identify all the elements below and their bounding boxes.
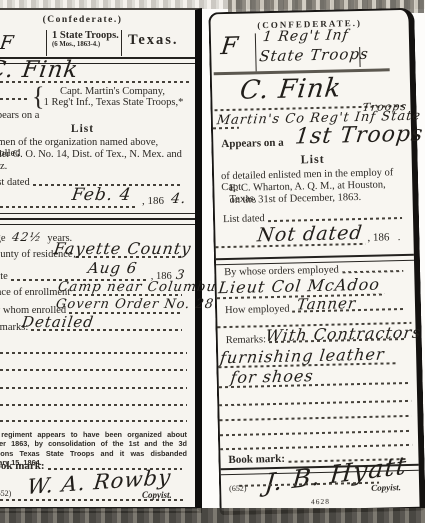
left-list-heading: List — [0, 123, 195, 135]
left-age-label: Age — [0, 233, 6, 244]
dotted-rule — [0, 420, 187, 422]
right-employed-label: How employed — [225, 304, 290, 316]
dotted-rule — [213, 127, 239, 130]
left-desc-line2: under G. O. No. 14, Dist. of Tex., N. Me… — [0, 149, 187, 160]
left-date-value: Aug 6 — [87, 259, 139, 277]
right-remarks-line1: With Contractors — [265, 323, 423, 346]
left-county-value: Fayette County — [53, 239, 193, 258]
dotted-rule — [0, 387, 187, 389]
left-date-label: Date — [0, 271, 8, 282]
right-list-heading: List — [214, 150, 412, 169]
right-appears-on: Appears on a — [221, 137, 284, 150]
dotted-leader — [342, 270, 403, 273]
left-list-dated-digit: 4. — [170, 191, 188, 207]
left-plate-number: (652) — [0, 489, 11, 498]
left-card-header: (Confederate.) — [0, 15, 195, 25]
dotted-rule — [219, 400, 411, 406]
right-employed-value: Tanner — [296, 294, 357, 313]
divider-bar — [46, 30, 47, 56]
left-list-dated-year: , 186 — [142, 195, 164, 207]
dotted-rule — [220, 444, 412, 450]
left-company-line1: Capt. Martin's Company, — [42, 86, 183, 97]
left-soldier-name: C. Fink — [0, 57, 80, 83]
right-file-mark: F — [219, 32, 240, 60]
right-unit-line2: State Troops — [258, 45, 370, 66]
dotted-rule — [0, 499, 183, 501]
right-company-superscript: Troops — [362, 100, 408, 114]
dotted-rule — [0, 369, 187, 371]
rule — [0, 213, 195, 214]
right-list-dated-year: , 186 . — [367, 231, 400, 244]
dotted-rule — [0, 352, 187, 354]
rule — [0, 218, 195, 225]
scan-noise-bottom — [0, 508, 425, 523]
left-state-label: Texas. — [128, 32, 179, 49]
scanned-document: (Confederate.) F 1 State Troops. (6 Mos.… — [0, 0, 425, 523]
left-remarks-value: Detailed — [21, 313, 95, 331]
dotted-rule — [0, 98, 28, 100]
right-unit-line1: 1 Reg't Inf — [262, 27, 350, 45]
dotted-leader — [268, 217, 402, 222]
left-appears-on: Appears on a — [0, 110, 39, 121]
right-plate-number: (652) — [229, 484, 247, 493]
left-age-value: 42½ — [11, 230, 43, 244]
left-company-line2: 1 Reg't Inf., Texas State Troops,* — [42, 97, 185, 108]
left-list-dated-label: List dated — [0, 177, 30, 188]
left-place-value: Camp near Columbus — [57, 279, 225, 295]
left-unit-line2: (6 Mos., 1863-4.) — [52, 41, 119, 48]
left-unit-line1: 1 State Troops. — [52, 30, 119, 41]
left-unit-box: 1 State Troops. (6 Mos., 1863-4.) — [52, 30, 119, 48]
left-record-card: (Confederate.) F 1 State Troops. (6 Mos.… — [0, 8, 202, 513]
dotted-rule — [0, 81, 189, 83]
dotted-rule — [220, 415, 412, 421]
dotted-rule — [0, 206, 138, 208]
right-appears-value: 1st Troops — [294, 122, 425, 150]
right-remarks-label: Remarks: — [226, 334, 266, 346]
left-list-dated-value: Feb. 4 — [71, 185, 133, 205]
divider-bar — [255, 33, 257, 71]
left-desc-line3: Ariz. — [0, 161, 187, 172]
dotted-rule — [216, 243, 366, 248]
right-soldier-name: C. Fink — [238, 73, 343, 105]
left-enrolled-value: Govern Order No. 28 — [55, 297, 215, 312]
left-file-mark: F — [0, 32, 16, 54]
right-record-card: (CONFEDERATE.) F 1 Reg't Inf State Troop… — [208, 8, 425, 516]
divider-bar — [121, 30, 122, 56]
dotted-rule — [0, 404, 187, 406]
right-doc-number: 4628 — [221, 495, 419, 508]
right-copyist-label: Copyist. — [371, 482, 401, 493]
dotted-rule — [220, 430, 412, 436]
right-book-mark-label: Book mark: — [228, 453, 285, 466]
left-book-mark-label: Book mark: — [0, 460, 45, 472]
